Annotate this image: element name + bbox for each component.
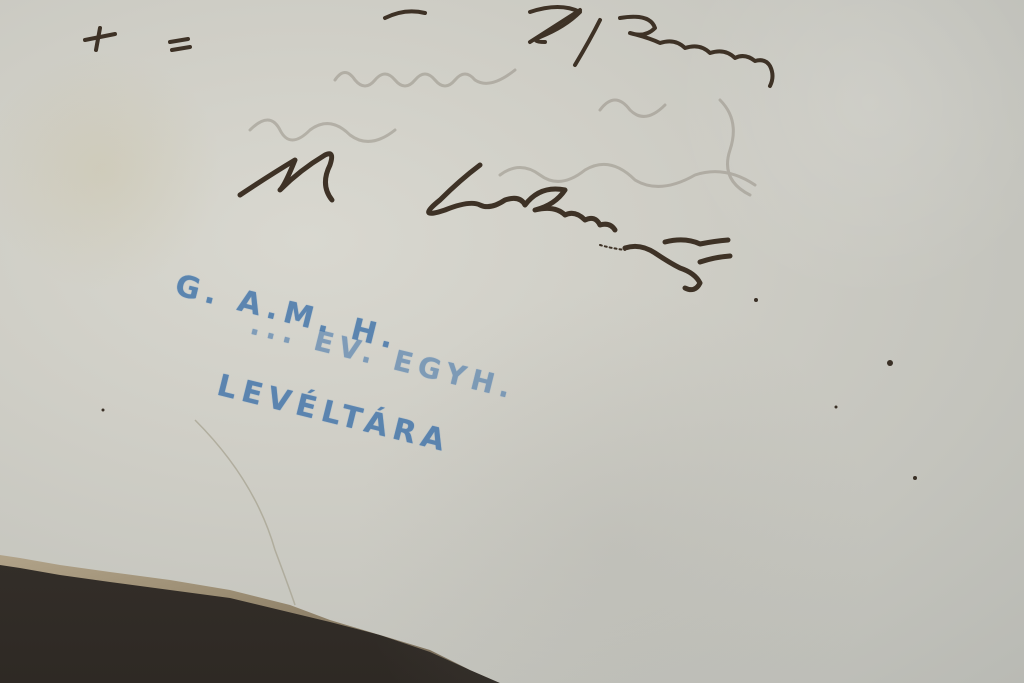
handwriting (0, 0, 1024, 683)
photo-scene: G. A.M. H. ... EV. EGYH. LEVÉLTÁRA + z E… (0, 0, 1024, 683)
